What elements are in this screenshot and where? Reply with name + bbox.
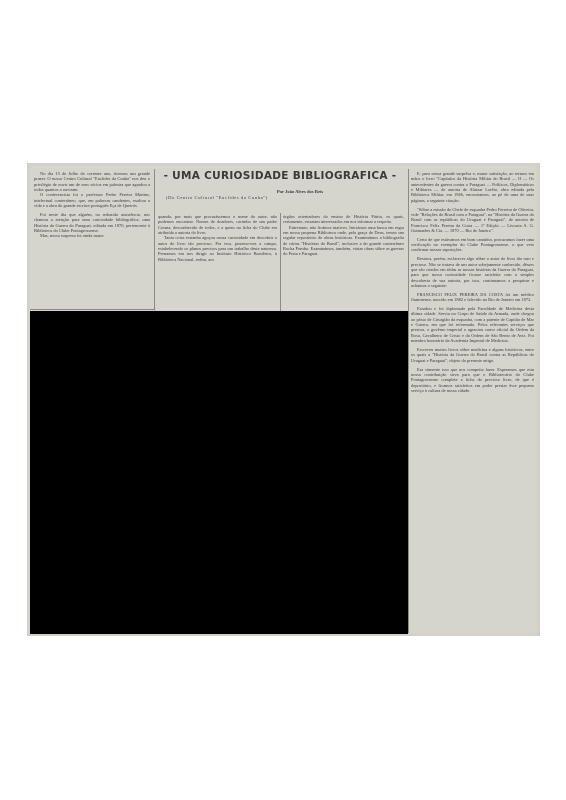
paragraph: Entretanto, não ficámos inativos. Iniciá… bbox=[283, 225, 404, 257]
paragraph: Tanta coisa estranha aguçou nossa curios… bbox=[158, 235, 277, 262]
paragraph: Foi neste dia que alguém, na reduzida as… bbox=[34, 212, 150, 233]
section-rule bbox=[30, 309, 154, 310]
paragraph: Era sòmente isso que nos competia fazer.… bbox=[411, 367, 534, 394]
paragraph: No dia 15 de Julho do corrente ano, tive… bbox=[34, 171, 150, 192]
paragraph: órgãos orientadores do ensino de Históri… bbox=[283, 214, 404, 225]
paragraph: Mas, nossa surpresa foi ainda maior bbox=[34, 233, 150, 238]
article-byline: Por João Alves dos Reis (Do Centro Cultu… bbox=[160, 189, 400, 201]
column-divider bbox=[280, 213, 281, 312]
paragraph: FRANCISCO FELIX PEREIRA DA COSTA foi um … bbox=[411, 292, 534, 303]
paragraph: quando, por mais que procurássemos o nom… bbox=[158, 214, 277, 235]
paragraph: O conferencista foi o professor Pedro Pe… bbox=[34, 192, 150, 208]
paragraph: Restava, porém, esclarecer algo sôbre o … bbox=[411, 256, 534, 288]
column-divider bbox=[154, 169, 155, 312]
paragraph: Escreveu muitos livros sôbre medicina e … bbox=[411, 347, 534, 363]
article-title: - UMA CURIOSIDADE BIBLIOGRAFICA - bbox=[160, 170, 400, 182]
paragraph: Certo de que estávamos em bom caminho, p… bbox=[411, 237, 534, 253]
newspaper-clipping: - UMA CURIOSIDADE BIBLIOGRAFICA - Por Jo… bbox=[27, 163, 540, 636]
article-organization: (Do Centro Cultural "Euclides da Cunha") bbox=[160, 195, 400, 201]
article-column-3: órgãos orientadores do ensino de Históri… bbox=[283, 214, 404, 257]
article-column-4: E, para nossa grande surprêsa e, maior s… bbox=[411, 171, 534, 393]
article-column-2: quando, por mais que procurássemos o nom… bbox=[158, 214, 277, 262]
article-column-1: No dia 15 de Julho do corrente ano, tive… bbox=[34, 171, 150, 239]
paragraph: Estudou e foi diplomado pela Faculdade d… bbox=[411, 306, 534, 343]
redacted-region bbox=[30, 311, 408, 634]
column-divider bbox=[408, 169, 409, 633]
paragraph: E, para nossa grande surprêsa e, maior s… bbox=[411, 171, 534, 203]
quotation: "Sôbre a missão do Chefe de esquadra Ped… bbox=[411, 207, 534, 234]
